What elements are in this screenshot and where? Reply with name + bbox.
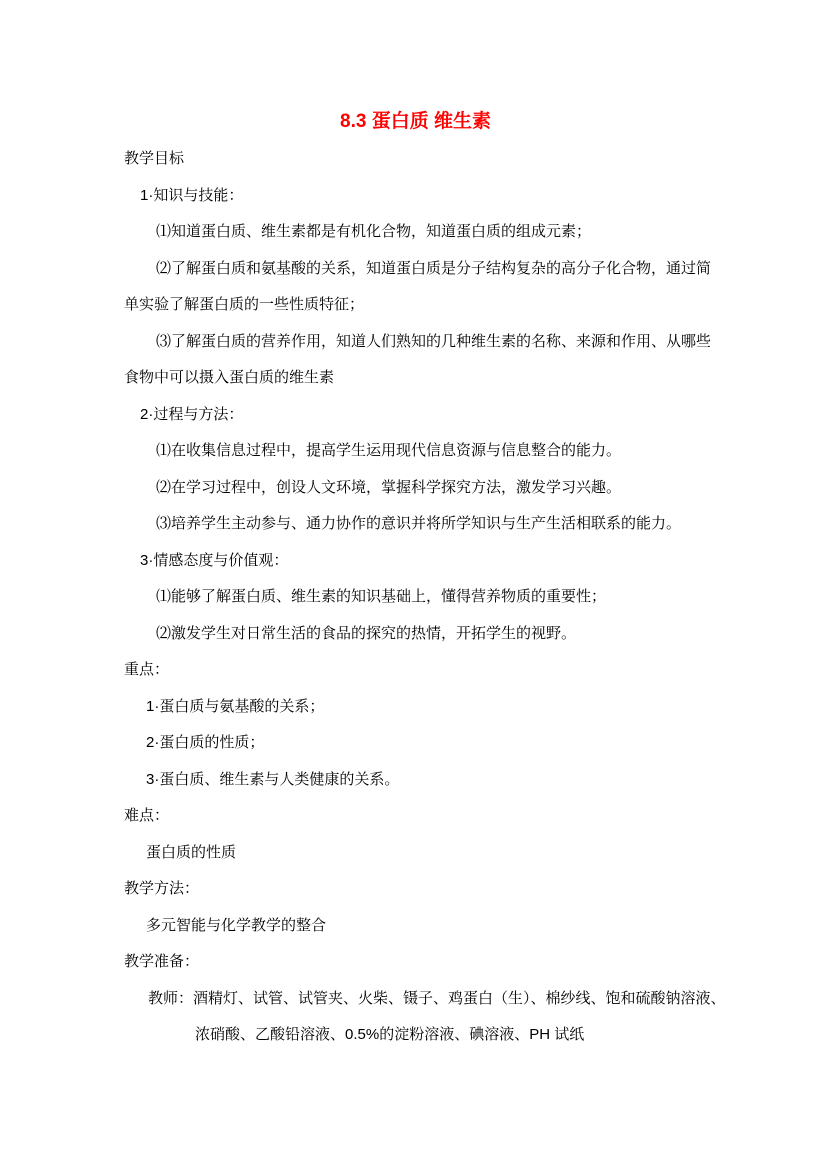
document-line: 3·情感态度与价值观： — [140, 543, 707, 580]
document-line: 蛋白质的性质 — [146, 835, 707, 872]
document-line: 教学方法： — [124, 871, 707, 908]
document-line: 食物中可以摄入蛋白质的维生素 — [124, 360, 707, 397]
document-line: 2·过程与方法： — [140, 397, 707, 434]
document-line: 教学准备： — [124, 944, 707, 981]
document-line: 重点： — [124, 652, 707, 689]
document-line: ⑶培养学生主动参与、通力协作的意识并将所学知识与生产生活相联系的能力。 — [156, 506, 707, 543]
document-line: 1·知识与技能： — [140, 178, 707, 215]
document-line: 3·蛋白质、维生素与人类健康的关系。 — [146, 762, 707, 799]
document-line: ⑵在学习过程中，创设人文环境，掌握科学探究方法，激发学习兴趣。 — [156, 470, 707, 507]
document-line: 浓硝酸、乙酸铅溶液、0.5%的淀粉溶液、碘溶液、PH 试纸 — [195, 1017, 707, 1054]
document-line: 1·蛋白质与氨基酸的关系； — [146, 689, 707, 726]
document-line: 难点： — [124, 798, 707, 835]
document-line: ⑴能够了解蛋白质、维生素的知识基础上，懂得营养物质的重要性； — [156, 579, 707, 616]
document-body: 教学目标1·知识与技能：⑴知道蛋白质、维生素都是有机化合物，知道蛋白质的组成元素… — [124, 141, 707, 1054]
document-page: 8.3 蛋白质 维生素 教学目标1·知识与技能：⑴知道蛋白质、维生素都是有机化合… — [0, 0, 827, 1170]
document-line: 多元智能与化学教学的整合 — [146, 908, 707, 945]
document-line: 教师：酒精灯、试管、试管夹、火柴、镊子、鸡蛋白（生）、棉纱线、饱和硫酸钠溶液、 — [148, 981, 707, 1018]
document-line: ⑵激发学生对日常生活的食品的探究的热情，开拓学生的视野。 — [156, 616, 707, 653]
document-line: 2·蛋白质的性质； — [146, 725, 707, 762]
document-line: 教学目标 — [124, 141, 707, 178]
document-line: ⑴知道蛋白质、维生素都是有机化合物，知道蛋白质的组成元素； — [156, 214, 707, 251]
document-line: ⑴在收集信息过程中，提高学生运用现代信息资源与信息整合的能力。 — [156, 433, 707, 470]
document-line: ⑵了解蛋白质和氨基酸的关系，知道蛋白质是分子结构复杂的高分子化合物，通过简 — [156, 251, 707, 288]
document-line: ⑶了解蛋白质的营养作用，知道人们熟知的几种维生素的名称、来源和作用、从哪些 — [156, 324, 707, 361]
document-line: 单实验了解蛋白质的一些性质特征； — [124, 287, 707, 324]
document-title: 8.3 蛋白质 维生素 — [124, 103, 707, 141]
